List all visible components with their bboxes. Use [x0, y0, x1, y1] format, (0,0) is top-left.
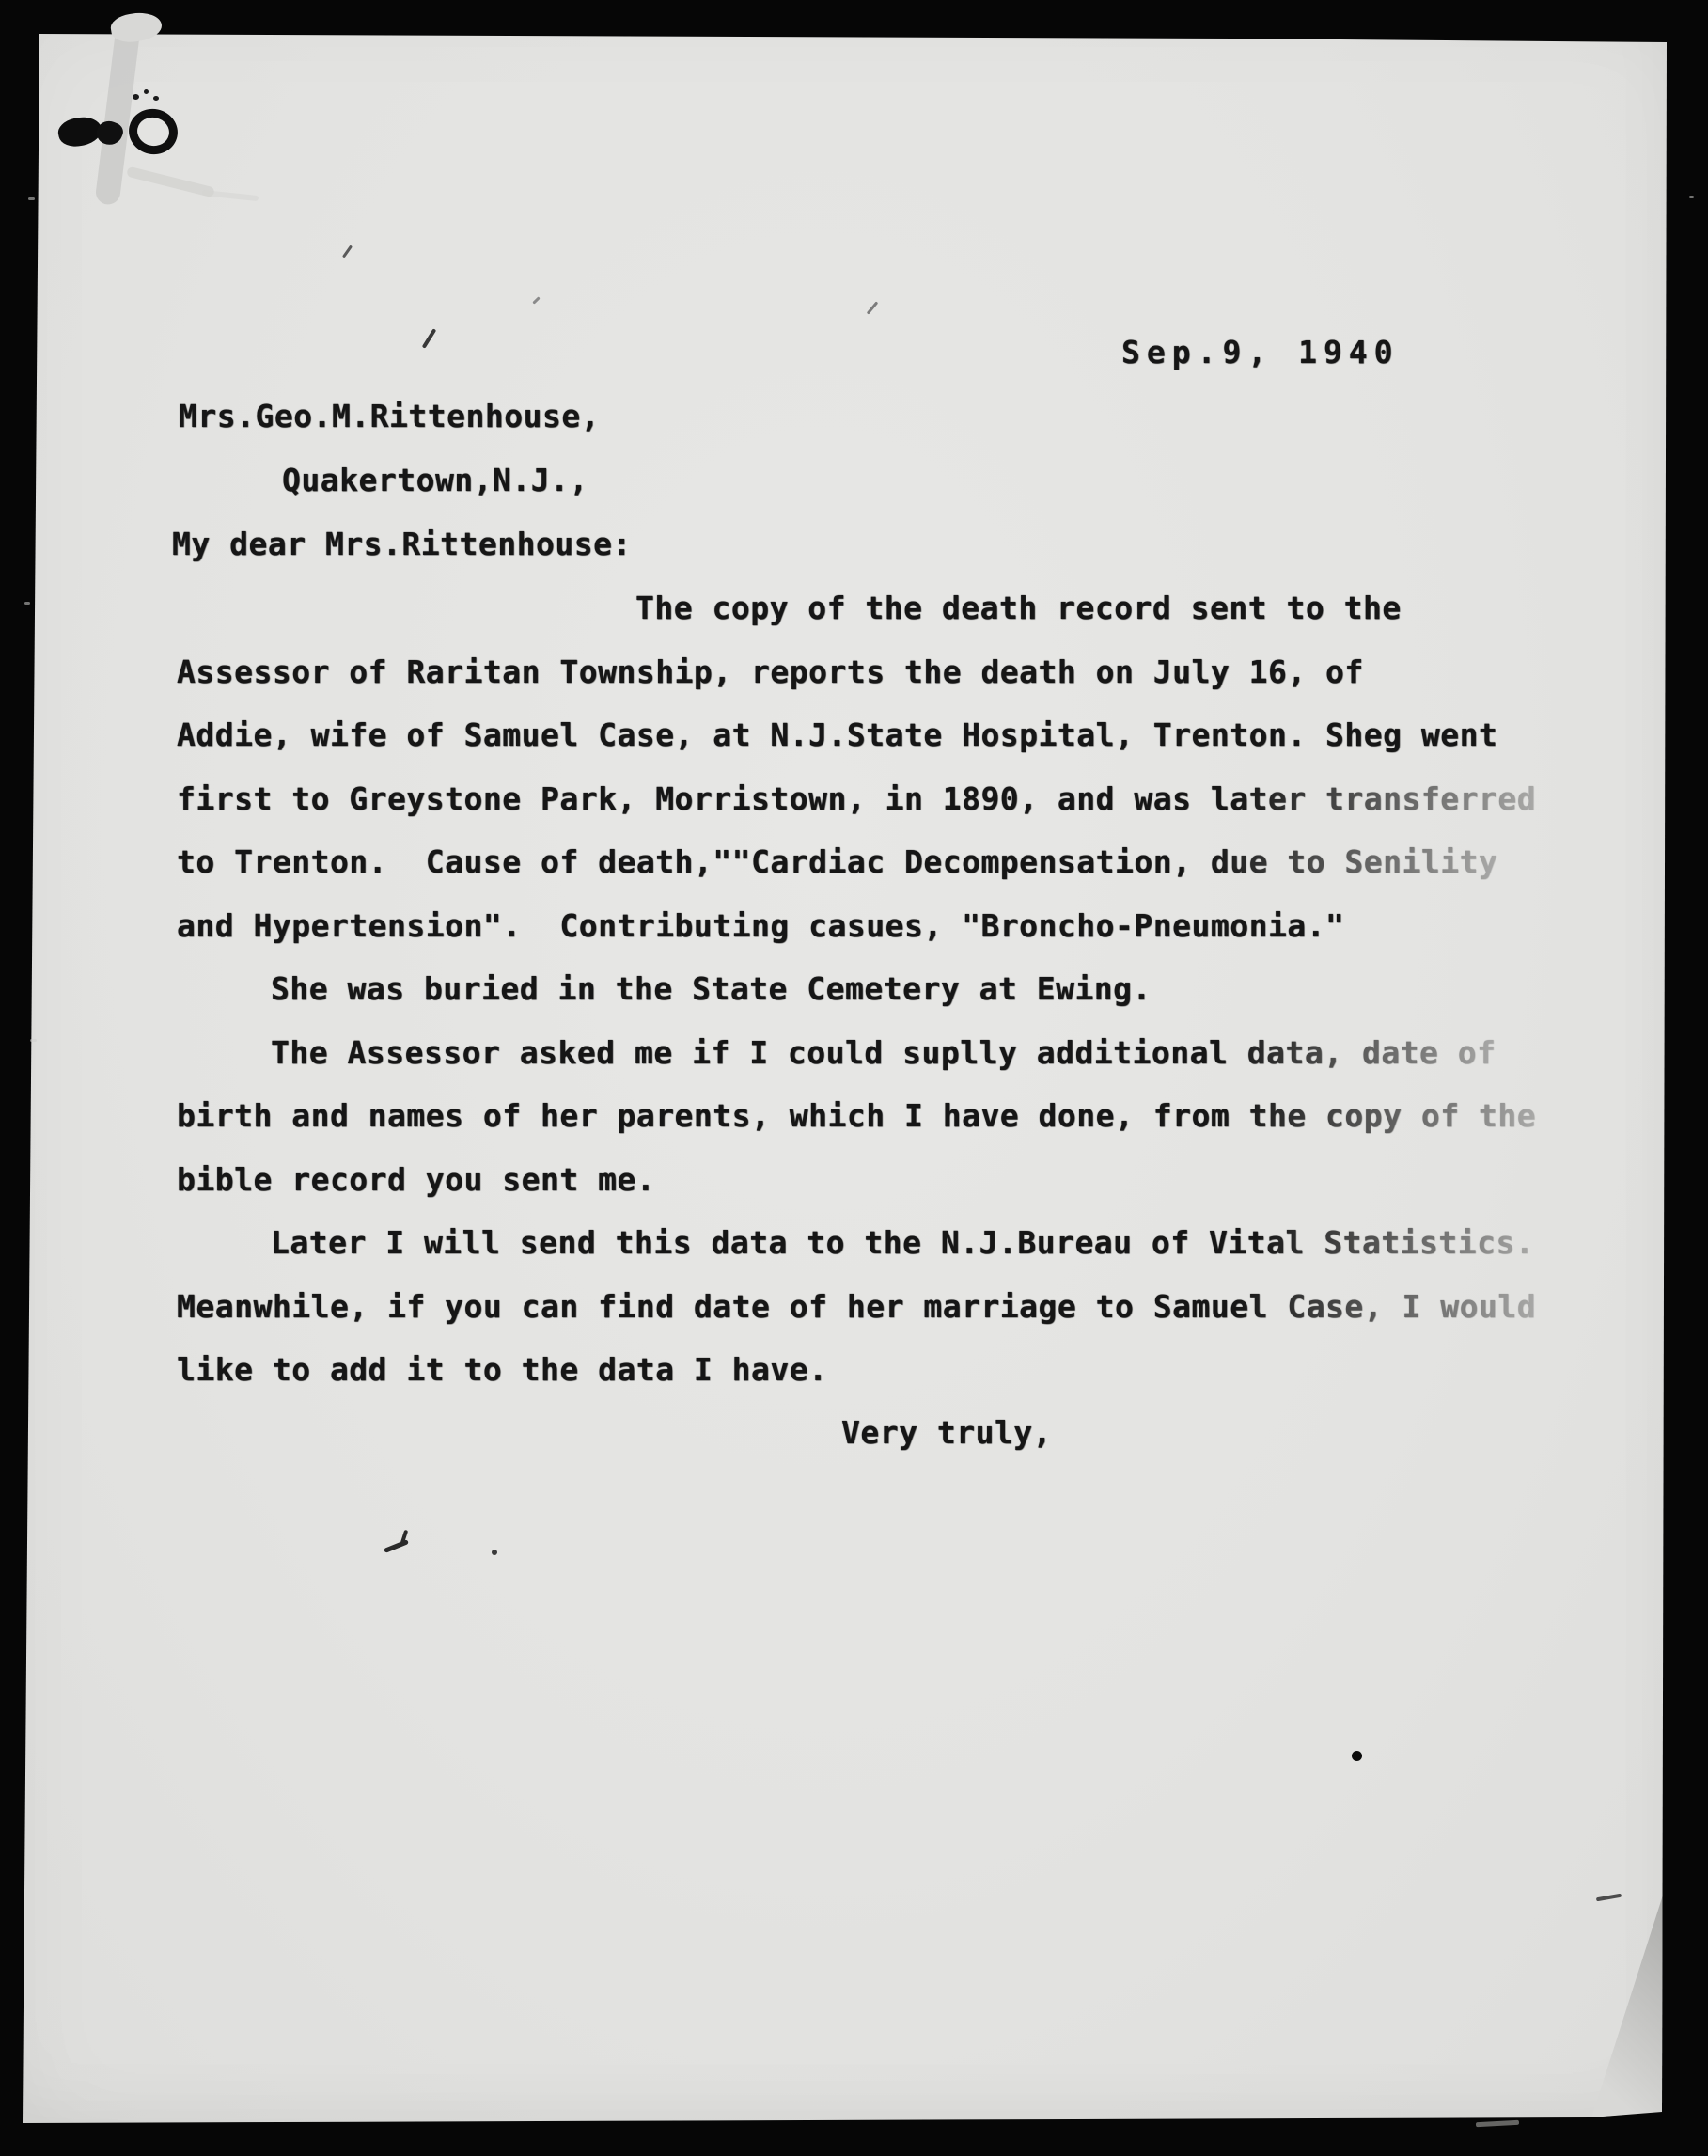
folded-corner-shadow [1587, 1881, 1668, 2117]
body-line: The copy of the death record sent to the [635, 590, 1402, 626]
ink-blot-ring [125, 104, 182, 159]
body-line: to Trenton. Cause of death,""Cardiac Dec… [177, 844, 1497, 880]
recipient-name: Mrs.Geo.M.Rittenhouse, [179, 399, 600, 434]
body-line: Meanwhile, if you can find date of her m… [177, 1289, 1536, 1325]
body-line: birth and names of her parents, which I … [177, 1098, 1536, 1134]
scanned-letter-page: Sep.9, 1940 Mrs.Geo.M.Rittenhouse, Quake… [0, 0, 1708, 2156]
dust-speck [1689, 196, 1694, 198]
dust-speck [28, 197, 35, 200]
paper-crease [202, 190, 259, 201]
stray-mark [422, 328, 437, 349]
stray-mark [1596, 1894, 1622, 1902]
closing-phrase: Very truly, [841, 1415, 1052, 1451]
ink-speck [153, 96, 159, 101]
ink-speck [144, 89, 149, 94]
ink-dot [492, 1550, 497, 1555]
body-line: Addie, wife of Samuel Case, at N.J.State… [177, 717, 1497, 753]
stray-mark [867, 301, 879, 314]
body-line: and Hypertension". Contributing casues, … [177, 908, 1344, 944]
stray-mark [532, 296, 540, 304]
dust-speck [30, 1039, 37, 1042]
body-line: first to Greystone Park, Morristown, in … [177, 781, 1536, 817]
letter-date: Sep.9, 1940 [1121, 335, 1400, 370]
paper-sheet: Sep.9, 1940 Mrs.Geo.M.Rittenhouse, Quake… [0, 0, 1708, 2156]
body-line: The Assessor asked me if I could suplly … [271, 1035, 1496, 1071]
body-line: She was buried in the State Cemetery at … [271, 971, 1152, 1007]
recipient-address: Quakertown,N.J., [282, 463, 588, 498]
body-line: bible record you sent me. [177, 1162, 655, 1198]
salutation: My dear Mrs.Rittenhouse: [172, 527, 632, 562]
ink-dot [1352, 1751, 1362, 1761]
body-line: like to add it to the data I have. [177, 1352, 828, 1388]
ink-speck [133, 94, 139, 100]
dust-speck [24, 602, 30, 605]
edge-debris [1476, 2120, 1519, 2127]
body-line: Assessor of Raritan Township, reports th… [177, 654, 1364, 690]
body-line: Later I will send this data to the N.J.B… [271, 1225, 1534, 1261]
stray-mark [342, 244, 353, 258]
stray-check-mark [384, 1539, 409, 1553]
